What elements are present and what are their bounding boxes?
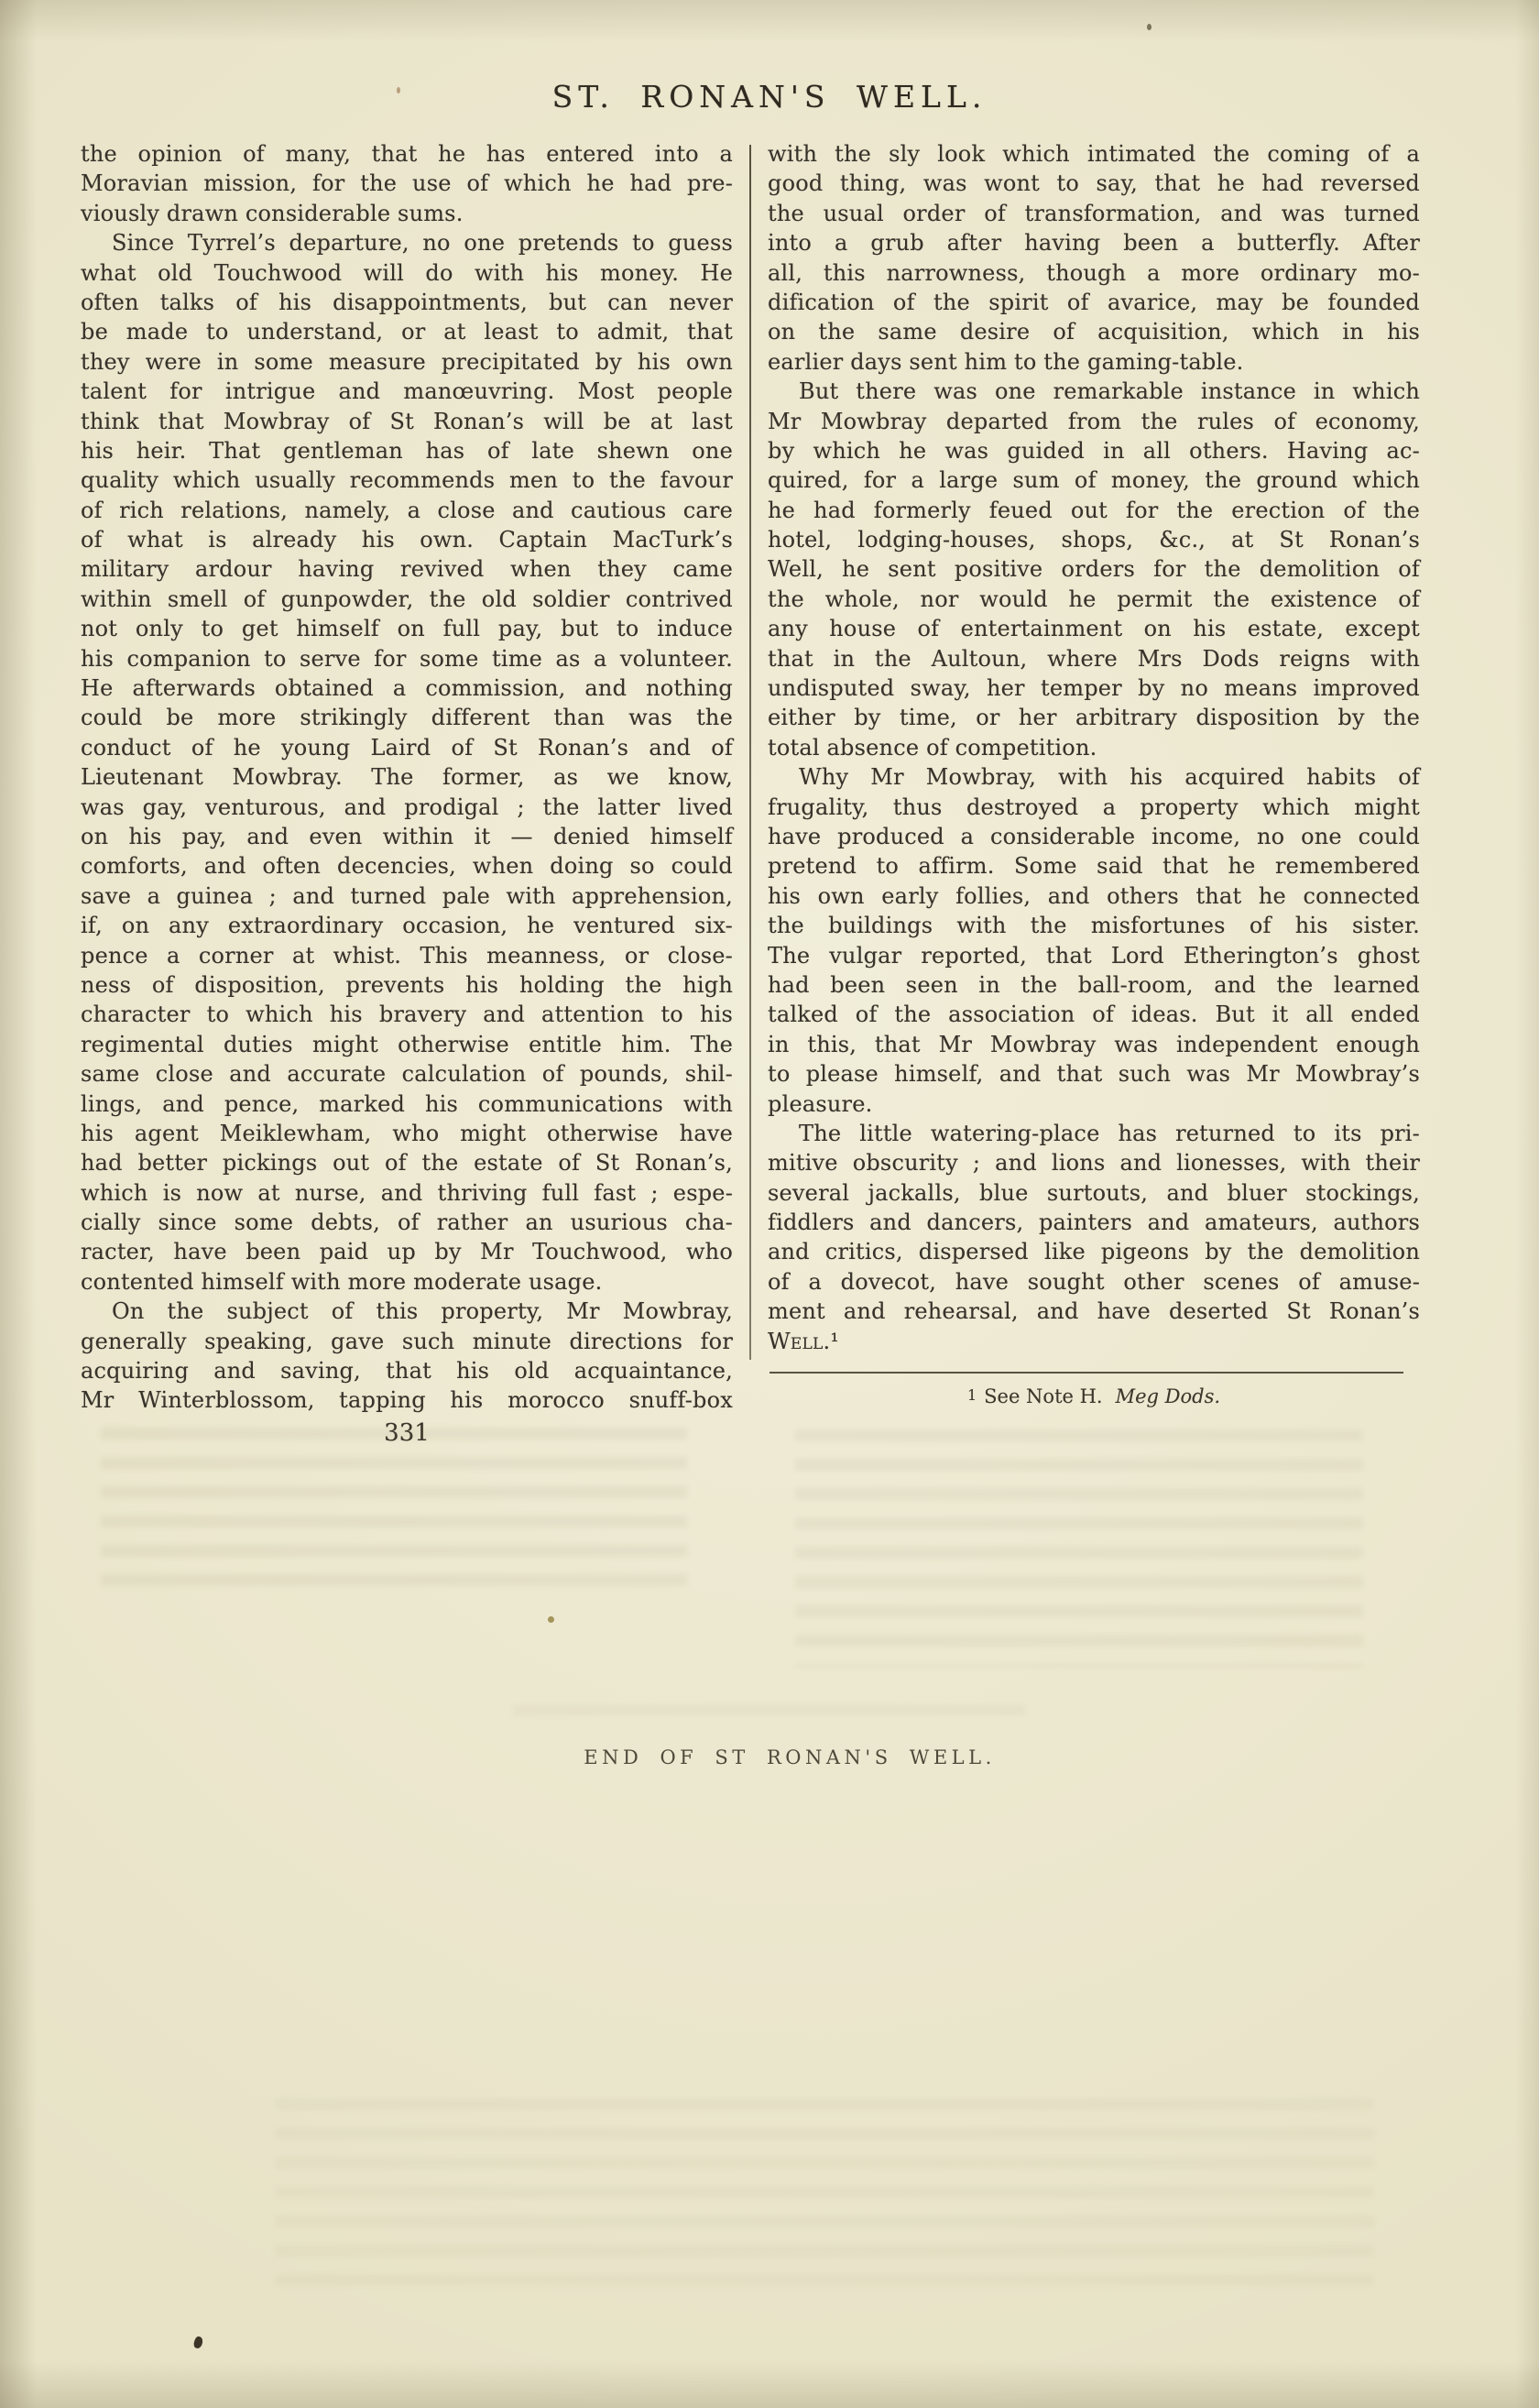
text-line: any house of entertainment on his estate… bbox=[768, 614, 1420, 643]
text-line: military ardour having revived when they… bbox=[81, 554, 733, 584]
text-line: ment and rehearsal, and have deserted St… bbox=[768, 1297, 1420, 1326]
show-through-texture bbox=[101, 1428, 687, 1593]
text-line: and critics, dispersed like pigeons by t… bbox=[768, 1237, 1420, 1266]
ink-speck bbox=[1147, 24, 1152, 30]
text-line: save a guinea ; and turned pale with app… bbox=[81, 881, 733, 911]
text-line: earlier days sent him to the gaming-tabl… bbox=[768, 347, 1420, 377]
text-line: pence a corner at whist. This meanness, … bbox=[81, 941, 733, 970]
text-line: The little watering-place has returned t… bbox=[768, 1119, 1420, 1148]
text-line: within smell of gunpowder, the old soldi… bbox=[81, 585, 733, 614]
text-line: quired, for a large sum of money, the gr… bbox=[768, 465, 1420, 495]
text-line: to please himself, and that such was Mr … bbox=[768, 1059, 1420, 1089]
text-line: pretend to affirm. Some said that he rem… bbox=[768, 851, 1420, 881]
text-line: Since Tyrrel’s departure, no one pretend… bbox=[81, 228, 733, 257]
text-line: Why Mr Mowbray, with his acquired habits… bbox=[768, 762, 1420, 792]
text-line: could be more strikingly different than … bbox=[81, 703, 733, 732]
text-line: conduct of he young Laird of St Ronan’s … bbox=[81, 733, 733, 762]
text-line: have produced a considerable income, no … bbox=[768, 822, 1420, 851]
text-line: quality which usually recommends men to … bbox=[81, 465, 733, 495]
footnote-reference: Meg Dods. bbox=[1116, 1385, 1220, 1407]
text-line: on his pay, and even within it — denied … bbox=[81, 822, 733, 851]
text-line: On the subject of this property, Mr Mowb… bbox=[81, 1297, 733, 1326]
text-line: of what is already his own. Captain MacT… bbox=[81, 525, 733, 554]
ink-speck bbox=[548, 1616, 554, 1623]
footnote-marker: 1 bbox=[967, 1386, 977, 1404]
text-line: the opinion of many, that he has entered… bbox=[81, 139, 733, 169]
text-line: by which he was guided in all others. Ha… bbox=[768, 436, 1420, 465]
text-line: good thing, was wont to say, that he had… bbox=[768, 169, 1420, 198]
text-line: The vulgar reported, that Lord Etheringt… bbox=[768, 941, 1420, 970]
text-line: with the sly look which intimated the co… bbox=[768, 139, 1420, 169]
text-line: think that Mowbray of St Ronan’s will be… bbox=[81, 407, 733, 436]
text-line: Moravian mission, for the use of which h… bbox=[81, 169, 733, 198]
text-line: which is now at nurse, and thriving full… bbox=[81, 1178, 733, 1208]
text-line: But there was one remarkable instance in… bbox=[768, 377, 1420, 406]
column-right: with the sly look which intimated the co… bbox=[768, 139, 1420, 1356]
text-line: all, this narrowness, though a more ordi… bbox=[768, 258, 1420, 288]
page-number: 331 bbox=[81, 1419, 733, 1447]
text-line: of a dovecot, have sought other scenes o… bbox=[768, 1267, 1420, 1297]
text-line: lings, and pence, marked his communicati… bbox=[81, 1089, 733, 1119]
text-line: hotel, lodging-houses, shops, &c., at St… bbox=[768, 525, 1420, 554]
text-line: mitive obscurity ; and lions and lioness… bbox=[768, 1148, 1420, 1177]
text-line: Lieutenant Mowbray. The former, as we kn… bbox=[81, 762, 733, 792]
text-line: his agent Meiklewham, who might otherwis… bbox=[81, 1119, 733, 1148]
text-line: be made to understand, or at least to ad… bbox=[81, 317, 733, 346]
text-line: Well.¹ bbox=[768, 1327, 1420, 1356]
text-line: he had formerly feued out for the erecti… bbox=[768, 496, 1420, 525]
column-left: the opinion of many, that he has entered… bbox=[81, 139, 733, 1416]
text-line: contented himself with more moderate usa… bbox=[81, 1267, 733, 1297]
text-line: He afterwards obtained a commission, and… bbox=[81, 673, 733, 703]
text-line: his heir. That gentleman has of late she… bbox=[81, 436, 733, 465]
text-line: his own early follies, and others that h… bbox=[768, 881, 1420, 911]
text-line: Mr Mowbray departed from the rules of ec… bbox=[768, 407, 1420, 436]
text-line: undisputed sway, her temper by no means … bbox=[768, 673, 1420, 703]
footnote-text: See Note H. bbox=[984, 1385, 1102, 1407]
end-of-book-note: END OF ST RONAN'S WELL. bbox=[20, 1746, 1539, 1768]
show-through-texture bbox=[795, 1429, 1363, 1668]
text-line: had been seen in the ball-room, and the … bbox=[768, 970, 1420, 1000]
footnote: 1See Note H.Meg Dods. bbox=[768, 1385, 1420, 1407]
text-line: viously drawn considerable sums. bbox=[81, 199, 733, 228]
text-line: pleasure. bbox=[768, 1089, 1420, 1119]
text-line: in this, that Mr Mowbray was independent… bbox=[768, 1030, 1420, 1059]
column-divider bbox=[749, 145, 751, 1360]
text-line: the usual order of transformation, and w… bbox=[768, 199, 1420, 228]
text-line: total absence of competition. bbox=[768, 733, 1420, 762]
text-line: frugality, thus destroyed a property whi… bbox=[768, 793, 1420, 822]
show-through-texture bbox=[513, 1704, 1026, 1732]
ink-speck bbox=[192, 2336, 204, 2349]
text-line: not only to get himself on full pay, but… bbox=[81, 614, 733, 643]
text-line: into a grub after having been a butterfl… bbox=[768, 228, 1420, 257]
text-line: regimental duties might otherwise entitl… bbox=[81, 1030, 733, 1059]
footnote-rule bbox=[769, 1372, 1403, 1374]
text-line: racter, have been paid up by Mr Touchwoo… bbox=[81, 1237, 733, 1266]
text-line: character to which his bravery and atten… bbox=[81, 1000, 733, 1029]
text-line: his companion to serve for some time as … bbox=[81, 644, 733, 673]
text-line: same close and accurate calculation of p… bbox=[81, 1059, 733, 1089]
text-line: acquiring and saving, that his old acqua… bbox=[81, 1356, 733, 1385]
text-line: Mr Winterblossom, tapping his morocco sn… bbox=[81, 1385, 733, 1415]
text-line: several jackalls, blue surtouts, and blu… bbox=[768, 1178, 1420, 1208]
text-line: of rich relations, namely, a close and c… bbox=[81, 496, 733, 525]
page-title: ST. RONAN'S WELL. bbox=[0, 79, 1539, 115]
text-line: on the same desire of acquisition, which… bbox=[768, 317, 1420, 346]
text-line: Well, he sent positive orders for the de… bbox=[768, 554, 1420, 584]
text-line: what old Touchwood will do with his mone… bbox=[81, 258, 733, 288]
text-line: fiddlers and dancers, painters and amate… bbox=[768, 1208, 1420, 1237]
text-line: comforts, and often decencies, when doin… bbox=[81, 851, 733, 881]
show-through-texture bbox=[275, 2098, 1374, 2300]
text-line: if, on any extraordinary occasion, he ve… bbox=[81, 911, 733, 940]
text-line: either by time, or her arbitrary disposi… bbox=[768, 703, 1420, 732]
text-line: dification of the spirit of avarice, may… bbox=[768, 288, 1420, 317]
text-line: often talks of his disappointments, but … bbox=[81, 288, 733, 317]
text-line: generally speaking, gave such minute dir… bbox=[81, 1327, 733, 1356]
text-line: was gay, venturous, and prodigal ; the l… bbox=[81, 793, 733, 822]
text-line: they were in some measure precipitated b… bbox=[81, 347, 733, 377]
text-line: talked of the association of ideas. But … bbox=[768, 1000, 1420, 1029]
text-line: cially since some debts, of rather an us… bbox=[81, 1208, 733, 1237]
text-line: that in the Aultoun, where Mrs Dods reig… bbox=[768, 644, 1420, 673]
text-line: the buildings with the misfortunes of hi… bbox=[768, 911, 1420, 940]
text-line: the whole, nor would he permit the exist… bbox=[768, 585, 1420, 614]
text-line: had better pickings out of the estate of… bbox=[81, 1148, 733, 1177]
text-line: ness of disposition, prevents his holdin… bbox=[81, 970, 733, 1000]
text-line: talent for intrigue and manœuvring. Most… bbox=[81, 377, 733, 406]
